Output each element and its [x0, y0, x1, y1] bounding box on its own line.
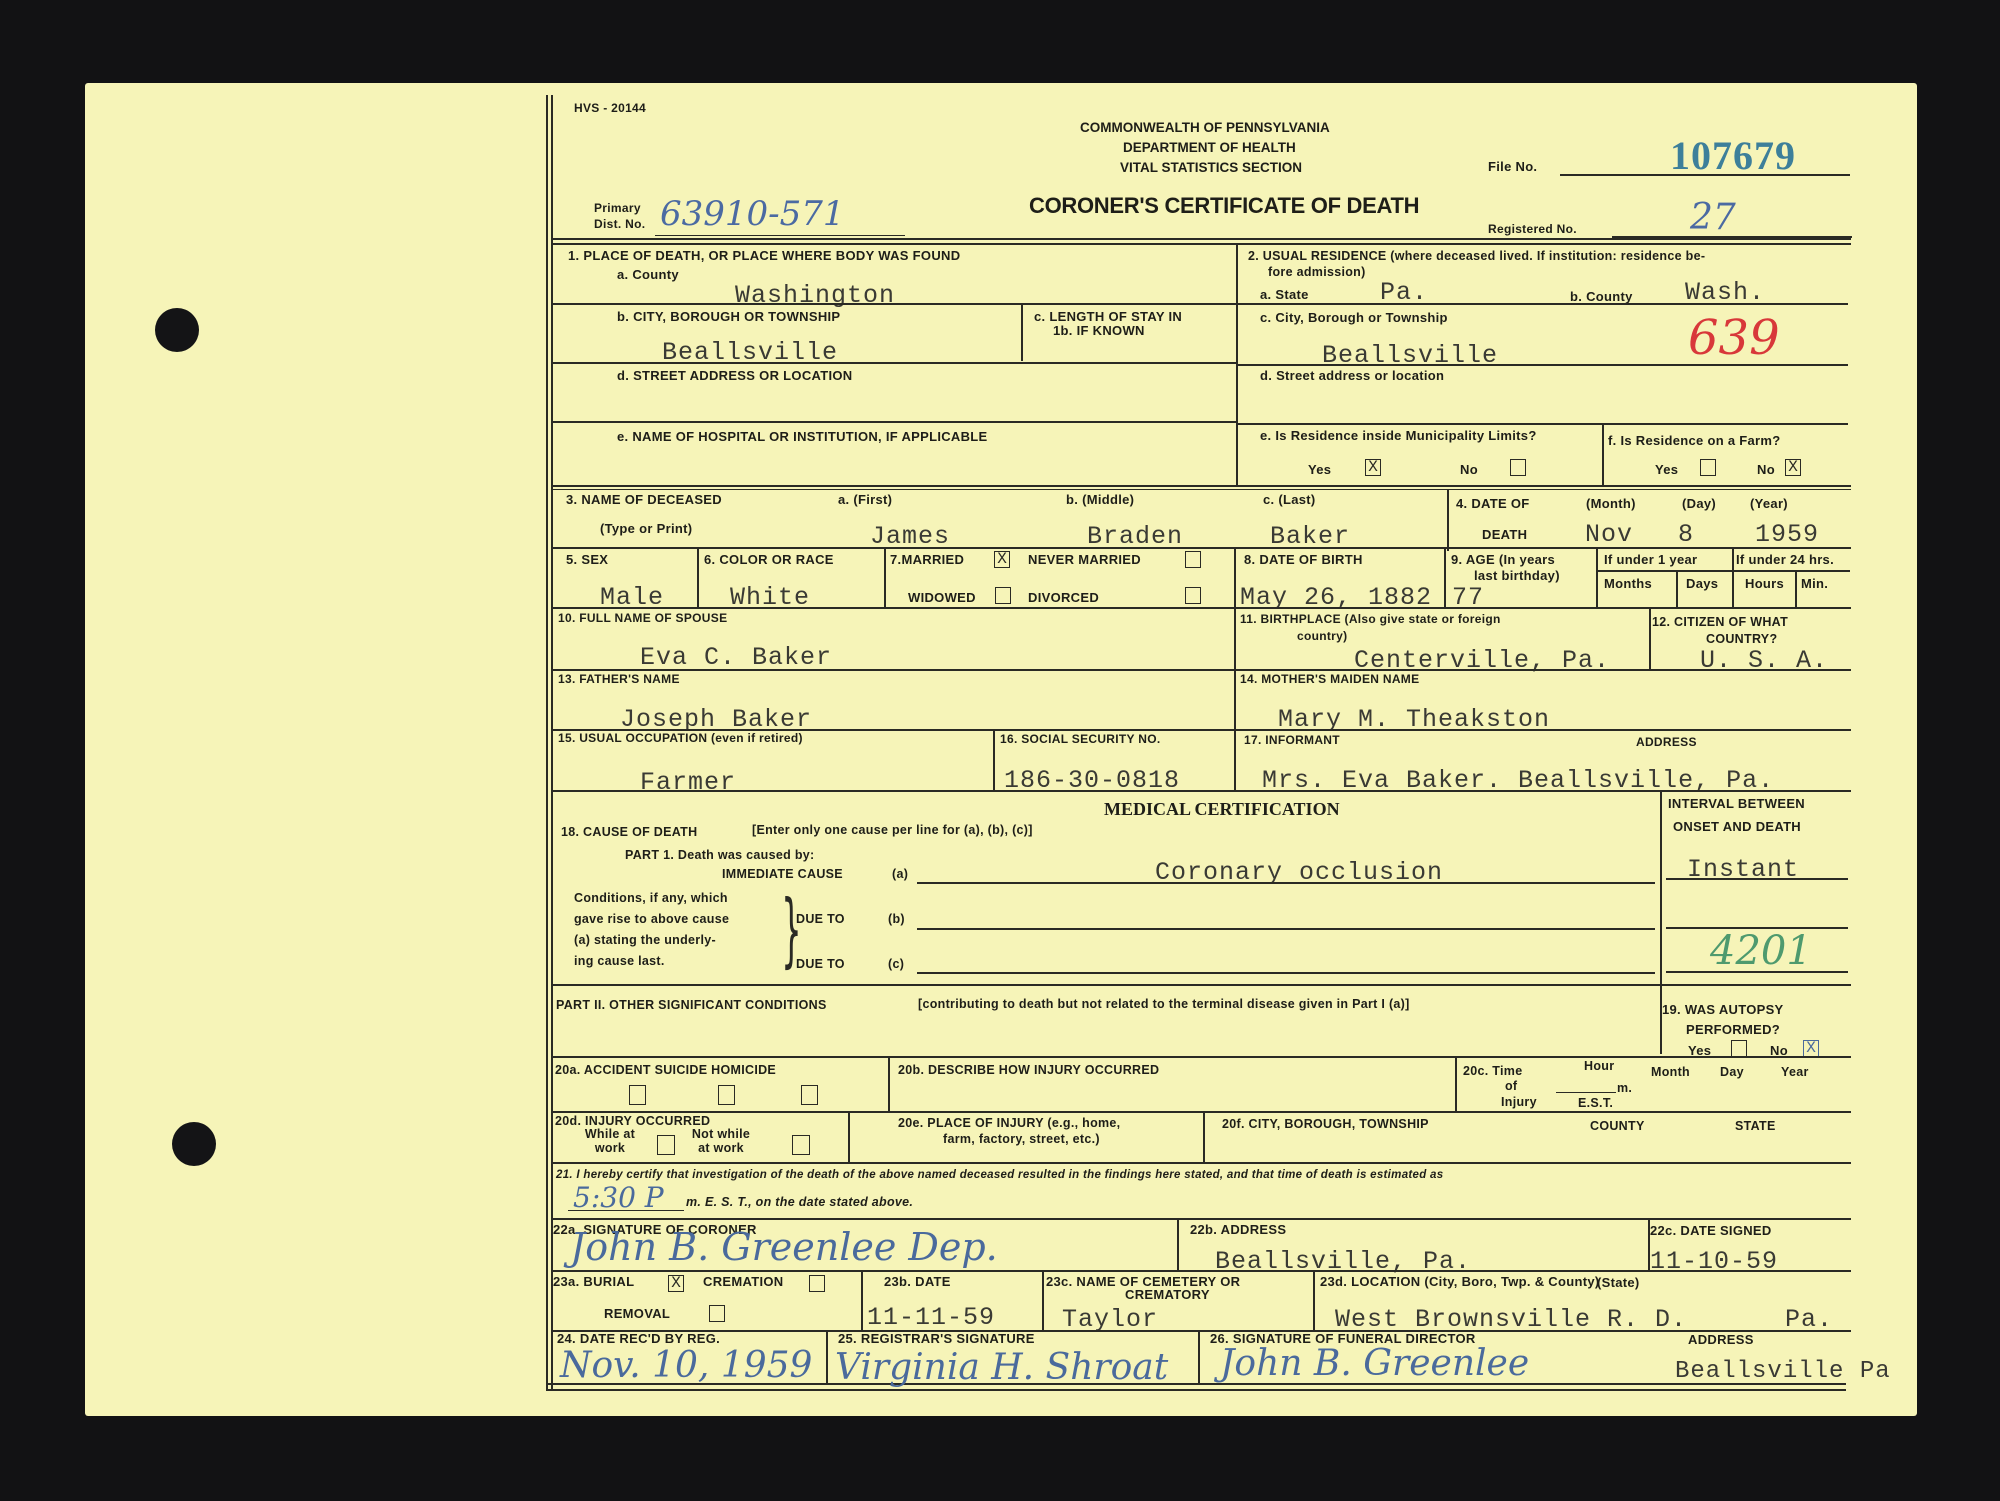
while-at-work-checkbox[interactable]: [657, 1135, 675, 1155]
res-state-label: a. State: [1260, 288, 1309, 302]
sex-label: 5. SEX: [566, 553, 608, 567]
res-street-label: d. Street address or location: [1260, 369, 1444, 383]
col-divider: [697, 547, 699, 608]
while-at-work-label: While at work: [580, 1128, 640, 1156]
line-b-label: (b): [888, 913, 905, 927]
deceased-label: 3. NAME OF DECEASED: [566, 493, 722, 507]
primary-dist-value: 63910-571: [660, 197, 845, 231]
col-divider: [1596, 547, 1598, 608]
pod-street-label: d. STREET ADDRESS OR LOCATION: [617, 369, 852, 383]
agency-line-2: DEPARTMENT OF HEALTH: [1123, 140, 1296, 155]
primary-dist-label-2: Dist. No.: [594, 218, 645, 231]
hour-blank: [1556, 1092, 1616, 1093]
dod-day-value: 8: [1678, 522, 1694, 547]
interval-line-a: [1666, 878, 1848, 880]
agency-line-1: COMMONWEALTH OF PENNSYLVANIA: [1080, 120, 1330, 135]
row-divider: [551, 1162, 1851, 1164]
time-of-death-suffix: m. E. S. T., on the date stated above.: [686, 1196, 913, 1210]
location-value: West Brownsville R. D.: [1335, 1307, 1687, 1332]
spouse-label: 10. FULL NAME OF SPOUSE: [558, 612, 727, 625]
spouse-value: Eva C. Baker: [640, 645, 832, 670]
punch-hole-bottom: [172, 1122, 216, 1166]
injury-city-label: 20f. CITY, BOROUGH, TOWNSHIP: [1222, 1118, 1429, 1132]
coroner-signature: John B. Greenlee Dep.: [570, 1228, 998, 1266]
burial-checkbox[interactable]: X: [668, 1275, 684, 1292]
registered-no-value: 27: [1690, 200, 1736, 236]
conditions-3: (a) stating the underly-: [574, 934, 716, 948]
cause-line-a: [917, 882, 1655, 884]
first-name-label: a. (First): [838, 493, 892, 507]
part1-label: PART 1. Death was caused by:: [625, 849, 814, 863]
col-divider: [1444, 547, 1446, 608]
row-divider: [551, 303, 1236, 305]
autopsy-label-2: PERFORMED?: [1686, 1023, 1780, 1037]
father-label: 13. FATHER'S NAME: [558, 673, 680, 686]
conditions-2: gave rise to above cause: [574, 913, 729, 927]
under-1yr-label: If under 1 year: [1604, 553, 1697, 567]
farm-no-label: No: [1757, 463, 1775, 477]
limits-no-checkbox[interactable]: [1510, 459, 1526, 476]
file-no-label: File No.: [1488, 160, 1537, 174]
farm-yes-label: Yes: [1655, 463, 1678, 477]
row-divider-thick: [551, 485, 1851, 487]
col-divider: [884, 547, 886, 608]
col-divider: [826, 1330, 828, 1385]
homicide-checkbox[interactable]: [801, 1085, 818, 1105]
cause-instruction: [Enter only one cause per line for (a), …: [752, 824, 1033, 838]
limits-yes-label: Yes: [1308, 463, 1331, 477]
farm-no-checkbox[interactable]: X: [1785, 459, 1801, 476]
table-top-rule: [551, 238, 1851, 240]
disposition-date-value: 11-11-59: [867, 1305, 995, 1330]
col-divider: [888, 1056, 890, 1112]
registrar-signature: Virginia H. Shroat: [835, 1350, 1168, 1386]
form-left-border-inner: [551, 95, 553, 1390]
date-recd-value: Nov. 10, 1959: [560, 1348, 812, 1384]
birthplace-label-1: 11. BIRTHPLACE (Also give state or forei…: [1240, 613, 1501, 626]
fd-address-value: Beallsville Pa: [1675, 1360, 1891, 1384]
cause-line-b: [917, 928, 1655, 930]
interval-label-1: INTERVAL BETWEEN: [1668, 797, 1805, 811]
time-label-1: 20c. Time: [1463, 1065, 1522, 1079]
col-divider: [1732, 547, 1734, 608]
first-name-value: James: [870, 524, 950, 549]
autopsy-label-1: 19. WAS AUTOPSY: [1662, 1003, 1784, 1017]
est-label: E.S.T.: [1578, 1097, 1613, 1111]
interval-line-c: [1666, 971, 1848, 973]
col-divider: [993, 729, 995, 790]
res-county-value: Wash.: [1685, 280, 1765, 305]
dod-day-label: (Day): [1682, 497, 1716, 511]
informant-label: 17. INFORMANT: [1244, 734, 1340, 747]
removal-label: REMOVAL: [604, 1307, 670, 1321]
row-divider-thick: [551, 790, 1851, 792]
pod-county-label: a. County: [617, 268, 679, 282]
row-divider: [1236, 423, 1848, 425]
res-city-label: c. City, Borough or Township: [1260, 311, 1448, 325]
row-divider: [551, 669, 1851, 671]
file-no-value: 107679: [1670, 132, 1796, 179]
immediate-cause-label: IMMEDIATE CAUSE: [722, 868, 843, 882]
punch-hole-top: [155, 308, 199, 352]
min-label: Min.: [1801, 577, 1828, 591]
row-divider: [551, 607, 1851, 609]
married-label: 7.MARRIED: [890, 553, 964, 567]
location-label: 23d. LOCATION (City, Boro, Twp. & County…: [1320, 1275, 1600, 1289]
days-label: Days: [1686, 577, 1718, 591]
registered-no-label: Registered No.: [1488, 223, 1577, 236]
suicide-checkbox[interactable]: [718, 1085, 735, 1105]
divorced-checkbox[interactable]: [1185, 587, 1201, 604]
time-label-3: Injury: [1501, 1096, 1537, 1110]
col-divider: [1455, 1056, 1457, 1112]
cemetery-label-2: CREMATORY: [1125, 1288, 1210, 1302]
row-divider: [551, 1330, 1851, 1332]
race-label: 6. COLOR OR RACE: [704, 553, 834, 567]
line-a-label: (a): [892, 868, 908, 882]
not-while-at-work-checkbox[interactable]: [792, 1135, 810, 1155]
burial-label: 23a. BURIAL: [553, 1275, 634, 1289]
res-farm-label: f. Is Residence on a Farm?: [1608, 434, 1781, 448]
time-label-2: of: [1505, 1080, 1517, 1094]
fd-address-label: ADDRESS: [1688, 1333, 1754, 1347]
red-code-annotation: 639: [1688, 310, 1780, 366]
cause-label: 18. CAUSE OF DEATH: [561, 826, 697, 840]
farm-yes-checkbox[interactable]: [1700, 459, 1716, 476]
pod-hospital-label: e. NAME OF HOSPITAL OR INSTITUTION, IF A…: [617, 430, 988, 444]
residence-label-1: 2. USUAL RESIDENCE (where deceased lived…: [1248, 250, 1705, 264]
birthplace-label-2: country): [1297, 630, 1347, 643]
place-injury-label-2: farm, factory, street, etc.): [943, 1133, 1100, 1147]
mother-label: 14. MOTHER'S MAIDEN NAME: [1240, 673, 1419, 686]
place-injury-label-1: 20e. PLACE OF INJURY (e.g., home,: [898, 1117, 1120, 1131]
middle-name-label: b. (Middle): [1066, 493, 1134, 507]
ssn-label: 16. SOCIAL SECURITY NO.: [1000, 733, 1161, 746]
medical-section-title: MEDICAL CERTIFICATION: [1104, 799, 1340, 820]
col-divider: [1234, 607, 1236, 790]
manner-label: 20a. ACCIDENT SUICIDE HOMICIDE: [555, 1064, 776, 1078]
location-state-label: (State): [1597, 1276, 1640, 1290]
dod-label-2: DEATH: [1482, 528, 1527, 542]
row-divider: [551, 362, 1236, 364]
table-top-rule-2: [551, 243, 1851, 245]
m-label: m.: [1617, 1082, 1632, 1096]
col-divider: [861, 1270, 863, 1332]
col-divider: [1042, 1270, 1044, 1332]
location-state-value: Pa.: [1785, 1307, 1833, 1332]
autopsy-no-checkbox[interactable]: X: [1803, 1040, 1819, 1057]
married-checkbox[interactable]: X: [994, 551, 1010, 568]
injury-year-label: Year: [1781, 1066, 1809, 1080]
conditions-4: ing cause last.: [574, 955, 665, 969]
citizen-label-2: COUNTRY?: [1706, 633, 1777, 647]
cause-line-c: [917, 972, 1655, 974]
col-divider: [848, 1111, 850, 1163]
row-divider: [551, 421, 1236, 423]
row-divider: [1236, 364, 1848, 366]
date-signed-label: 22c. DATE SIGNED: [1650, 1224, 1772, 1238]
col-divider: [1177, 1218, 1179, 1270]
col-divider: [1234, 547, 1236, 608]
agency-line-3: VITAL STATISTICS SECTION: [1120, 160, 1302, 175]
hour-label: Hour: [1584, 1060, 1614, 1074]
green-code-annotation: 4201: [1710, 928, 1812, 974]
type-or-print-label: (Type or Print): [600, 522, 692, 536]
months-label: Months: [1604, 577, 1652, 591]
citizen-label-1: 12. CITIZEN OF WHAT: [1652, 616, 1788, 630]
form-id: HVS - 20144: [574, 102, 646, 115]
removal-checkbox[interactable]: [709, 1305, 725, 1322]
row-divider: [551, 1218, 1851, 1220]
row-divider: [1236, 303, 1848, 305]
col-divider: [1602, 423, 1604, 486]
middle-name-value: Braden: [1087, 524, 1183, 549]
dod-year-label: (Year): [1750, 497, 1788, 511]
limits-no-label: No: [1460, 463, 1478, 477]
col-divider: [1447, 489, 1449, 551]
form-left-border-outer: [546, 95, 548, 1390]
part2-instruction: [contributing to death but not related t…: [918, 998, 1410, 1012]
under-24hr-label: If under 24 hrs.: [1736, 553, 1834, 567]
not-while-at-work-label: Not while at work: [686, 1128, 756, 1156]
part2-label: PART II. OTHER SIGNIFICANT CONDITIONS: [556, 999, 827, 1013]
col-divider: [1021, 303, 1023, 361]
injury-month-label: Month: [1651, 1066, 1690, 1080]
dod-month-value: Nov: [1585, 522, 1633, 547]
file-no-underline: [1560, 174, 1850, 176]
row-divider: [551, 984, 1851, 986]
col-divider: [1649, 607, 1651, 671]
funeral-director-signature: John B. Greenlee: [1220, 1346, 1529, 1382]
injury-county-label: COUNTY: [1590, 1120, 1645, 1134]
registrar-signature-label: 25. REGISTRAR'S SIGNATURE: [838, 1332, 1035, 1346]
conditions-1: Conditions, if any, which: [574, 892, 728, 906]
primary-dist-underline: [655, 235, 905, 236]
row-divider: [551, 547, 1851, 549]
due-to-c-label: DUE TO: [796, 958, 845, 972]
cremation-checkbox[interactable]: [809, 1275, 825, 1292]
row-divider-thick-2: [551, 489, 1851, 490]
cremation-label: CREMATION: [703, 1275, 783, 1289]
place-of-death-label: 1. PLACE OF DEATH, OR PLACE WHERE BODY W…: [568, 249, 960, 263]
pod-city-label: b. CITY, BOROUGH OR TOWNSHIP: [617, 310, 840, 324]
informant-address-label: ADDRESS: [1636, 736, 1697, 749]
time-of-death-underline: [568, 1210, 684, 1211]
last-name-label: c. (Last): [1263, 493, 1316, 507]
last-name-value: Baker: [1270, 524, 1350, 549]
col-divider: [1198, 1330, 1200, 1385]
widowed-label: WIDOWED: [908, 591, 976, 605]
dob-label: 8. DATE OF BIRTH: [1244, 553, 1363, 567]
occupation-label: 15. USUAL OCCUPATION (even if retired): [558, 732, 803, 745]
col-divider: [1676, 570, 1678, 608]
cemetery-value: Taylor: [1062, 1307, 1158, 1332]
dod-year-value: 1959: [1755, 522, 1819, 547]
never-married-checkbox[interactable]: [1185, 551, 1201, 568]
injury-state-label: STATE: [1735, 1120, 1776, 1134]
autopsy-yes-checkbox[interactable]: [1731, 1040, 1747, 1057]
sub-divider: [1596, 570, 1850, 572]
due-to-b-label: DUE TO: [796, 913, 845, 927]
describe-injury-label: 20b. DESCRIBE HOW INJURY OCCURRED: [898, 1064, 1159, 1078]
age-label-2: last birthday): [1474, 569, 1560, 583]
divorced-label: DIVORCED: [1028, 591, 1099, 605]
widowed-checkbox[interactable]: [995, 587, 1011, 604]
row-divider: [551, 1056, 1851, 1058]
time-of-death-value: 5:30 P: [573, 1184, 664, 1212]
disposition-date-label: 23b. DATE: [884, 1275, 951, 1289]
age-label-1: 9. AGE (In years: [1451, 553, 1555, 567]
accident-checkbox[interactable]: [629, 1085, 646, 1105]
residence-label-2: fore admission): [1268, 266, 1366, 280]
res-limits-label: e. Is Residence inside Municipality Limi…: [1260, 429, 1537, 443]
dod-month-label: (Month): [1586, 497, 1636, 511]
primary-dist-label-1: Primary: [594, 202, 641, 215]
certify-statement: 21. I hereby certify that investigation …: [556, 1169, 1443, 1182]
injury-day-label: Day: [1720, 1066, 1744, 1080]
page-title: CORONER'S CERTIFICATE OF DEATH: [1029, 193, 1419, 219]
limits-yes-checkbox[interactable]: X: [1365, 459, 1381, 476]
interval-label-2: ONSET AND DEATH: [1673, 820, 1801, 834]
col-divider: [1795, 570, 1797, 608]
row-divider: [551, 1111, 1851, 1113]
col-divider: [1203, 1111, 1205, 1163]
res-state-value: Pa.: [1380, 280, 1428, 305]
hours-label: Hours: [1745, 577, 1784, 591]
form-bottom-border-2: [546, 1389, 1846, 1391]
never-married-label: NEVER MARRIED: [1028, 553, 1141, 567]
pod-stay-label-2: 1b. IF KNOWN: [1053, 324, 1145, 338]
dod-label-1: 4. DATE OF: [1456, 497, 1530, 511]
row-divider: [551, 1270, 1851, 1272]
col-divider: [1313, 1270, 1315, 1332]
certificate-paper: [85, 83, 1917, 1416]
line-c-label: (c): [888, 958, 904, 972]
coroner-address-label: 22b. ADDRESS: [1190, 1223, 1286, 1237]
